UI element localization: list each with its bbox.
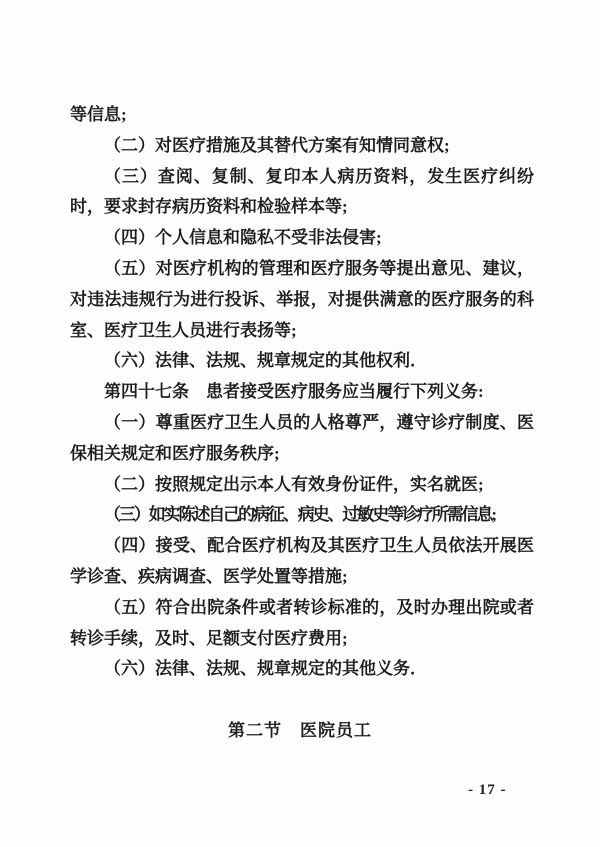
duties-clause-2: （二）按照规定出示本人有效身份证件，实名就医;	[70, 470, 534, 501]
rights-clause-2: （二）对医疗措施及其替代方案有知情同意权;	[70, 131, 534, 162]
rights-clause-6: （六）法律、法规、规章规定的其他权利．	[70, 346, 534, 377]
duties-clause-1: （一）尊重医疗卫生人员的人格尊严，遵守诊疗制度、医保相关规定和医疗服务秩序;	[70, 408, 534, 470]
duties-clause-4: （四）接受、配合医疗机构及其医疗卫生人员依法开展医学诊查、疾病调查、医学处置等措…	[70, 531, 534, 593]
body-text: 等信息; （二）对医疗措施及其替代方案有知情同意权; （三）查阅、复制、复印本人…	[70, 100, 534, 685]
page-number: - 17 -	[468, 781, 507, 799]
continued-text: 等信息;	[70, 100, 534, 131]
document-page: 等信息; （二）对医疗措施及其替代方案有知情同意权; （三）查阅、复制、复印本人…	[0, 0, 600, 847]
section-heading: 第二节 医院员工	[0, 716, 600, 746]
duties-clause-6: （六）法律、法规、规章规定的其他义务．	[70, 654, 534, 685]
duties-clause-5: （五）符合出院条件或者转诊标准的，及时办理出院或者转诊手续，及时、足额支付医疗费…	[70, 593, 534, 655]
article-47-lead: 第四十七条 患者接受医疗服务应当履行下列义务:	[70, 377, 534, 408]
rights-clause-4: （四）个人信息和隐私不受非法侵害;	[70, 223, 534, 254]
duties-clause-3: （三）如实陈述自己的病征、病史、过敏史等诊疗所需信息;	[70, 500, 534, 531]
rights-clause-3: （三）查阅、复制、复印本人病历资料，发生医疗纠纷时，要求封存病历资料和检验样本等…	[70, 162, 534, 224]
rights-clause-5: （五）对医疗机构的管理和医疗服务等提出意见、建议，对违法违规行为进行投诉、举报，…	[70, 254, 534, 346]
